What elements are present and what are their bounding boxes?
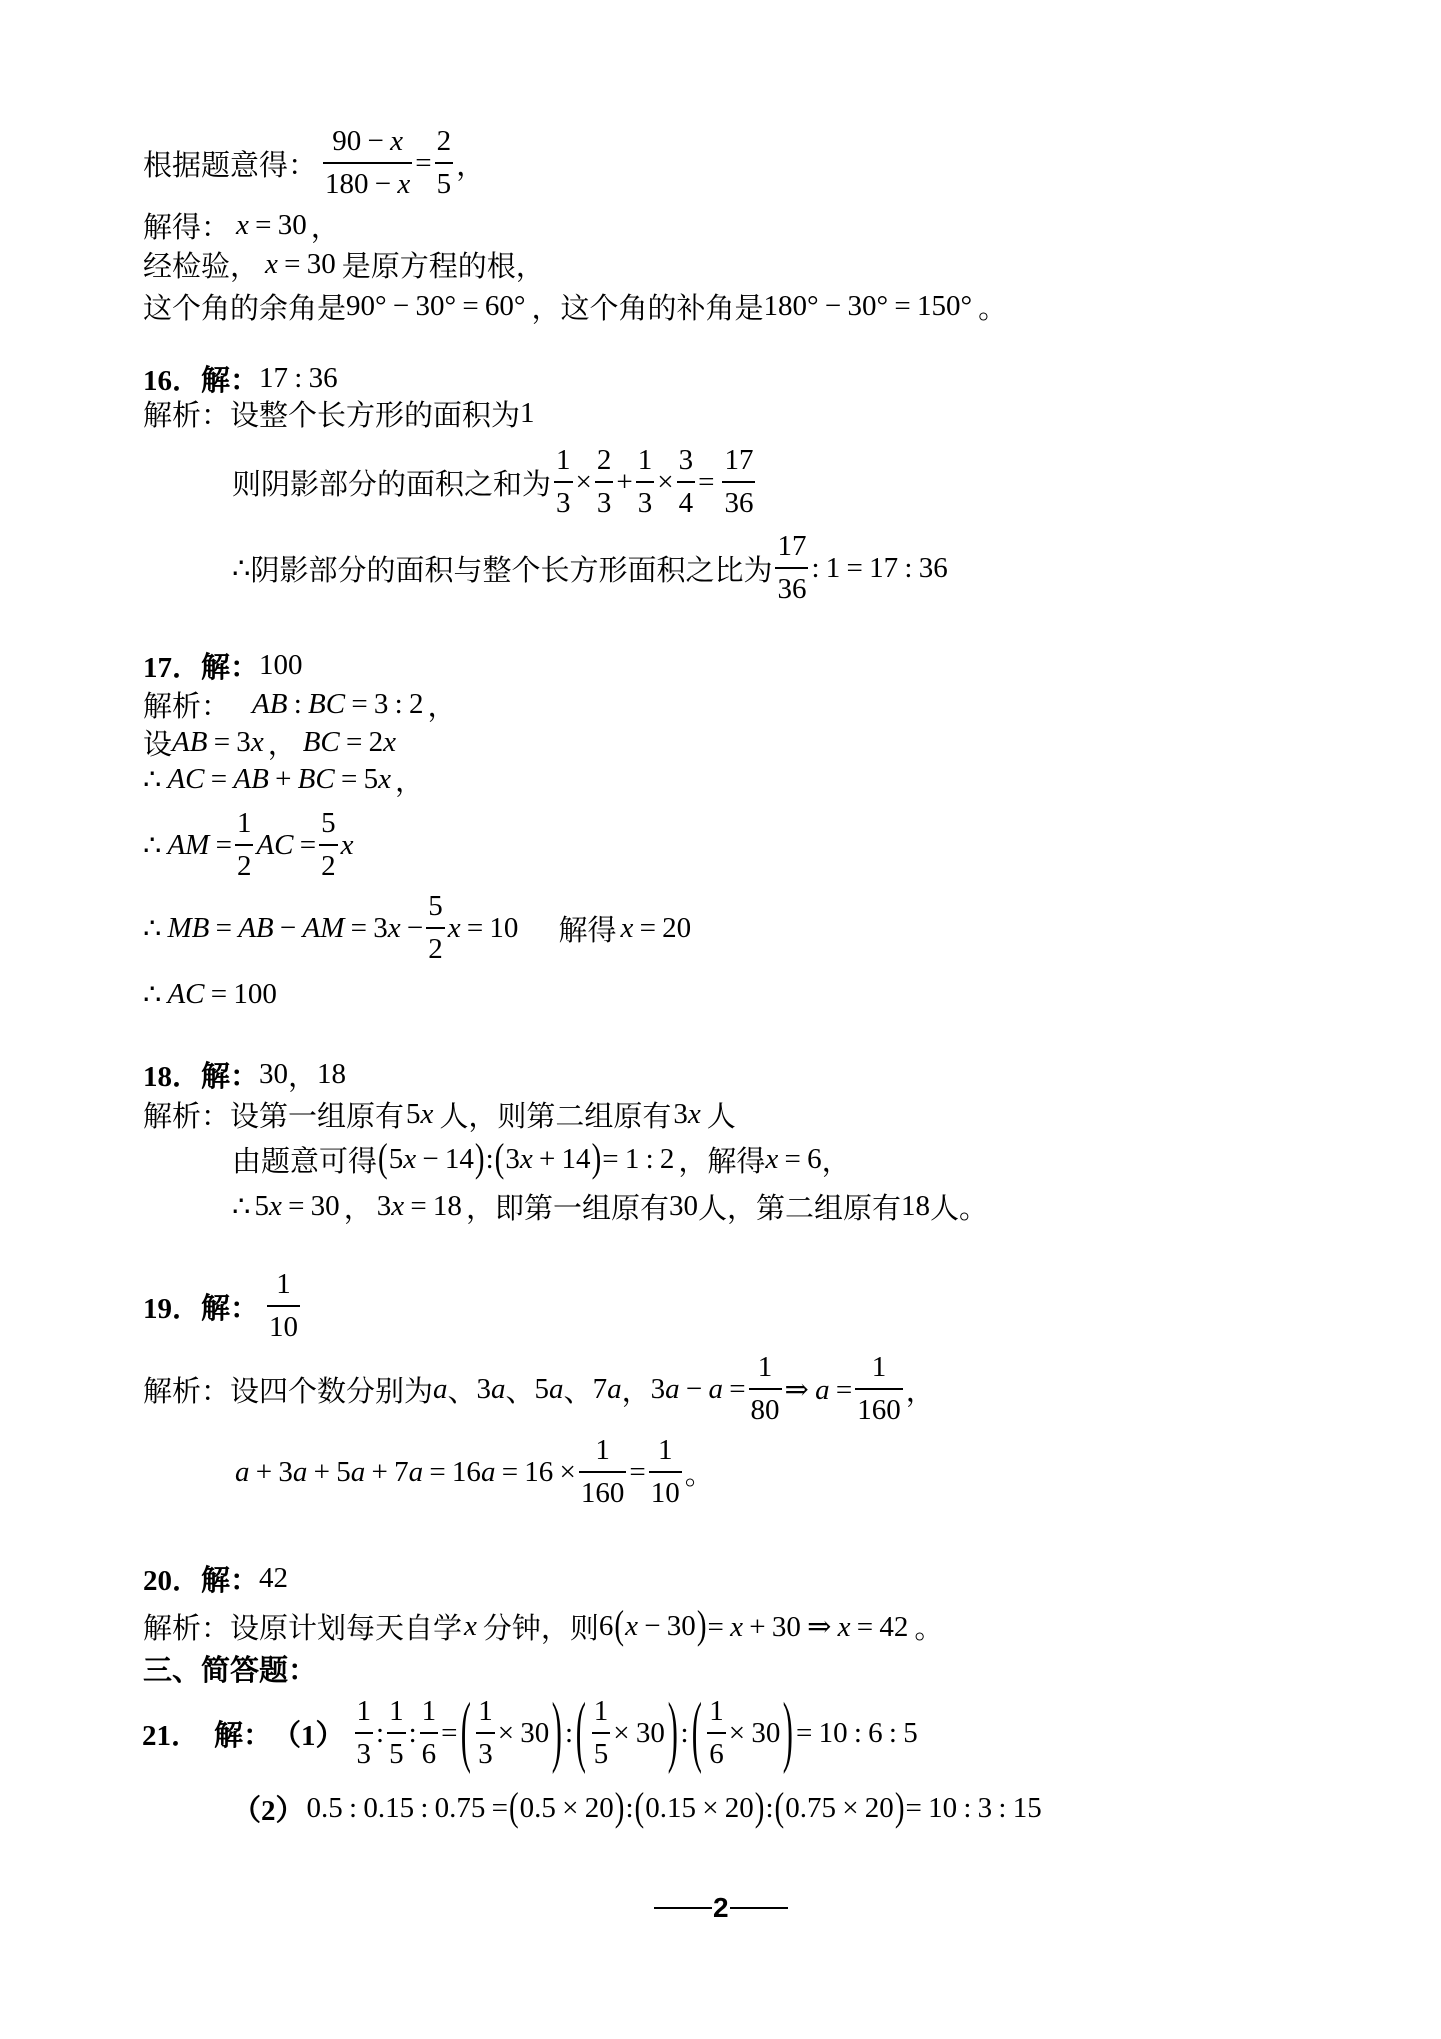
answer-label: 解： [201,1286,259,1327]
math-value: 30 [669,1190,698,1223]
math-expression: x − 30 [625,1610,696,1643]
denominator: 160 [579,1473,627,1514]
math-expression: AB = 3x [172,726,264,759]
fraction: 17 36 [722,440,755,524]
math-expression: 3x + 14 [505,1143,590,1176]
denominator: 2 [426,929,445,970]
math-expression: × 30 [613,1717,665,1750]
left-parenthesis: ( [691,1688,701,1779]
math-expression: 0.15 × 20 [645,1792,754,1825]
left-parenthesis: ( [775,1785,785,1831]
denominator: 160 [855,1390,903,1431]
math-expression: AC = [256,829,316,862]
ratio-sign: : [486,1143,494,1176]
punctuation: ， [622,1369,651,1410]
fraction: 1 160 [579,1430,627,1514]
step-text: 人，则第二组原有 [439,1094,671,1135]
step-label: 设 [143,722,172,763]
step-label: 解析： [143,684,230,725]
denominator: 3 [554,483,573,524]
answer-value: 42 [259,1562,288,1595]
right-parenthesis: ) [895,1785,905,1831]
ratio-sign: : [409,1717,417,1750]
numerator: 1 [656,1430,675,1471]
step-text: 人 [707,1094,736,1135]
math-expression: x = 30 [265,248,336,281]
math-expression: 0.5 : 0.15 : 0.75 = [307,1792,508,1825]
math-expression: x = 30 [236,209,307,242]
enumeration-comma: 、 [506,1369,535,1410]
punctuation: ， [344,1186,373,1227]
punctuation: ， [268,722,297,763]
punctuation: ， [288,1054,317,1095]
left-parenthesis: ( [576,1688,586,1779]
numerator: 1 [235,803,254,844]
numerator: 1 [355,1691,374,1732]
math-expression: MB = AB − AM = 3x − [167,912,423,945]
answer-value: 17 : 36 [259,362,338,395]
punctuation: 。 [914,1606,943,1647]
math-expression: 5x = 30 [254,1190,339,1223]
step-text: 这个角的余角是 [143,286,346,327]
math-expression: 0.5 × 20 [520,1792,614,1825]
denominator: 5 [387,1734,406,1775]
math-expression: 3x [673,1098,700,1131]
fraction: 2 3 [595,440,614,524]
math-expression: : 1 = 17 : 36 [811,552,947,585]
denominator: 5 [435,164,454,205]
answer-label: 解： [201,1558,259,1599]
denominator: 10 [649,1473,682,1514]
math-value: 18 [901,1190,930,1223]
math-expression: = x + 30 ⇒ x = 42 [707,1609,908,1644]
step-text: 解析：设四个数分别为 [143,1369,433,1410]
answer-key-page: 根据题意得： 90 − x 180 − x = 2 5 ， 解得： x = 30… [0,0,1441,2039]
denominator: 4 [677,483,696,524]
numerator: 1 [707,1691,726,1732]
punctuation: ， [906,1369,935,1410]
math-expression: 0.75 × 20 [785,1792,894,1825]
question-number: 18． [143,1054,201,1095]
step-label: 根据题意得： [143,143,317,184]
numerator: 1 [870,1347,889,1388]
math-value: 1 [520,397,535,430]
enumeration-comma: 、 [448,1369,477,1410]
footer-rule-right [730,1907,788,1909]
step-label: 解得： [143,205,230,246]
math-term: 7a [593,1373,622,1406]
denominator: 3 [476,1734,495,1775]
math-expression: x = 6 [765,1143,821,1176]
right-parenthesis: ) [552,1688,562,1779]
enumeration-comma: 、 [564,1369,593,1410]
left-parenthesis: ( [614,1603,624,1649]
left-parenthesis: ( [378,1136,388,1182]
fraction: 1 5 [592,1691,611,1775]
math-expression: x = 20 [620,912,691,945]
left-parenthesis: ( [460,1688,470,1779]
fraction: 1 5 [387,1691,406,1775]
therefore-symbol: ∴ [232,1189,250,1224]
equals-sign: = [629,1456,645,1489]
ratio-sign: : [681,1717,689,1750]
numerator: 1 [420,1691,439,1732]
part-label: （2） [232,1788,305,1829]
right-parenthesis: ) [783,1688,793,1779]
fraction: 1 160 [855,1347,903,1431]
step-text: ，解得 [678,1139,765,1180]
part-label: （1） [272,1713,345,1754]
therefore-symbol: ∴ [143,828,161,863]
fraction: 1 3 [355,1691,374,1775]
denominator: 6 [420,1734,439,1775]
denominator: 3 [355,1734,374,1775]
denominator: 5 [592,1734,611,1775]
question-number: 19． [143,1286,201,1327]
right-parenthesis: ) [475,1136,485,1182]
question-number: 21． [142,1713,200,1754]
fraction: 1 3 [636,440,655,524]
math-term: 3a [477,1373,506,1406]
punctuation: 。 [685,1452,714,1493]
right-parenthesis: ) [755,1785,765,1831]
math-expression: ⇒ a = [785,1372,853,1407]
step-text: 分钟，则 [483,1606,599,1647]
step-text: ，这个角的补角是 [532,286,764,327]
numerator: 1 [756,1347,775,1388]
math-expression: 5x [406,1098,433,1131]
math-expression: AC = AB + BC = 5x [167,763,391,796]
punctuation: ， [822,1139,851,1180]
therefore-symbol: ∴ [143,977,161,1012]
ratio-sign: : [565,1717,573,1750]
math-expression: × 30 [498,1717,550,1750]
therefore-symbol: ∴ [143,762,161,797]
step-label: 解得 [558,908,616,949]
step-text: 是原方程的根， [342,244,545,285]
denominator: 6 [707,1734,726,1775]
answer-value: 30 [259,1058,288,1091]
equals-sign: = [415,147,431,180]
section-title: 三、简答题： [143,1648,317,1689]
numerator: 1 [476,1691,495,1732]
numerator: 3 [677,440,696,481]
math-term: 5a [535,1373,564,1406]
operator: + [616,466,632,499]
denominator: 2 [235,846,254,887]
numerator: 5 [426,886,445,927]
fraction: 5 2 [319,803,338,887]
fraction: 3 4 [677,440,696,524]
answer-label: 解： [201,1054,259,1095]
footer-rule-left [654,1907,712,1909]
math-expression: 3x = 18 [377,1190,462,1223]
fraction: 1 6 [420,1691,439,1775]
numerator: 1 [274,1264,293,1305]
question-number: 17． [143,645,201,686]
math-term: a [433,1373,448,1406]
step-text: 阴影部分的面积与整个长方形面积之比为 [250,548,772,589]
operator: × [657,466,673,499]
left-parenthesis: ( [495,1136,505,1182]
step-label: 经检验， [143,244,259,285]
ratio-sign: : [625,1792,633,1825]
numerator: 17 [775,526,808,567]
math-expression: 90° − 30° = 60° [346,290,526,323]
right-parenthesis: ) [697,1603,707,1649]
numerator: 90 − x [330,121,405,162]
denominator: 3 [595,483,614,524]
step-text: 解析：设第一组原有 [143,1094,404,1135]
fraction: 1 2 [235,803,254,887]
step-text: 人。 [930,1186,988,1227]
denominator: 80 [749,1390,782,1431]
denominator: 36 [722,483,755,524]
therefore-symbol: ∴ [143,911,161,946]
denominator: 10 [267,1307,300,1348]
fraction: 1 6 [707,1691,726,1775]
fraction: 17 36 [775,526,808,610]
fraction: 1 80 [749,1347,782,1431]
fraction: 1 3 [554,440,573,524]
right-parenthesis: ) [592,1136,602,1182]
denominator: 2 [319,846,338,887]
numerator: 1 [554,440,573,481]
numerator: 1 [636,440,655,481]
operator: × [576,466,592,499]
punctuation: ， [311,205,340,246]
fraction: 1 3 [476,1691,495,1775]
step-text: 解析：设原计划每天自学 [143,1606,462,1647]
numerator: 1 [387,1691,406,1732]
numerator: 5 [319,803,338,844]
math-expression: 180° − 30° = 150° [764,290,973,323]
answer-value: 100 [259,649,303,682]
left-parenthesis: ( [635,1785,645,1831]
math-expression: = 1 : 2 [602,1143,674,1176]
math-term: x [464,1610,477,1643]
ratio-sign: : [765,1792,773,1825]
answer-label: 解： [214,1713,272,1754]
math-term: 6 [599,1610,614,1643]
answer-fraction: 1 10 [267,1264,300,1348]
equals-sign: = [441,1717,457,1750]
therefore-symbol: ∴ [232,551,250,586]
math-expression: AM = [167,829,231,862]
punctuation: 。 [978,286,1007,327]
left-parenthesis: ( [509,1785,519,1831]
numerator: 1 [592,1691,611,1732]
step-text: 解析：设整个长方形的面积为 [143,393,520,434]
punctuation: ， [395,759,424,800]
fraction: 5 2 [426,886,445,970]
punctuation: ， [428,684,457,725]
math-expression: AB : BC = 3 : 2 [252,688,423,721]
math-expression: × 30 [729,1717,781,1750]
question-number: 20． [143,1558,201,1599]
math-expression: = 10 : 6 : 5 [796,1717,918,1750]
equals-sign: = [698,466,714,499]
step-text: 由题意可得 [232,1139,377,1180]
numerator: 17 [722,440,755,481]
numerator: 1 [593,1430,612,1471]
step-text: 则阴影部分的面积之和为 [232,462,551,503]
page-number: 2 [713,1894,729,1922]
right-parenthesis: ) [615,1785,625,1831]
right-parenthesis: ) [668,1688,678,1779]
numerator: 2 [435,121,454,162]
math-expression: = 10 : 3 : 15 [905,1792,1041,1825]
ratio-sign: : [376,1717,384,1750]
step-text: ，即第一组原有 [466,1186,669,1227]
fraction: 1 10 [649,1430,682,1514]
math-expression: BC = 2x [303,726,396,759]
fraction: 2 5 [435,121,454,205]
denominator: 3 [636,483,655,524]
math-expression: a + 3a + 5a + 7a = 16a = 16 × [235,1456,576,1489]
math-expression: AC = 100 [167,978,276,1011]
answer-label: 解： [201,645,259,686]
denominator: 36 [775,569,808,610]
step-text: 人，第二组原有 [698,1186,901,1227]
numerator: 2 [595,440,614,481]
math-expression: x [341,829,354,862]
math-expression: 3a − a = [651,1373,746,1406]
math-expression: 5x − 14 [389,1143,474,1176]
punctuation: ， [456,143,485,184]
fraction: 90 − x 180 − x [323,121,412,205]
math-expression: x = 10 [448,912,519,945]
answer-value: 18 [317,1058,346,1091]
denominator: 180 − x [323,164,412,205]
